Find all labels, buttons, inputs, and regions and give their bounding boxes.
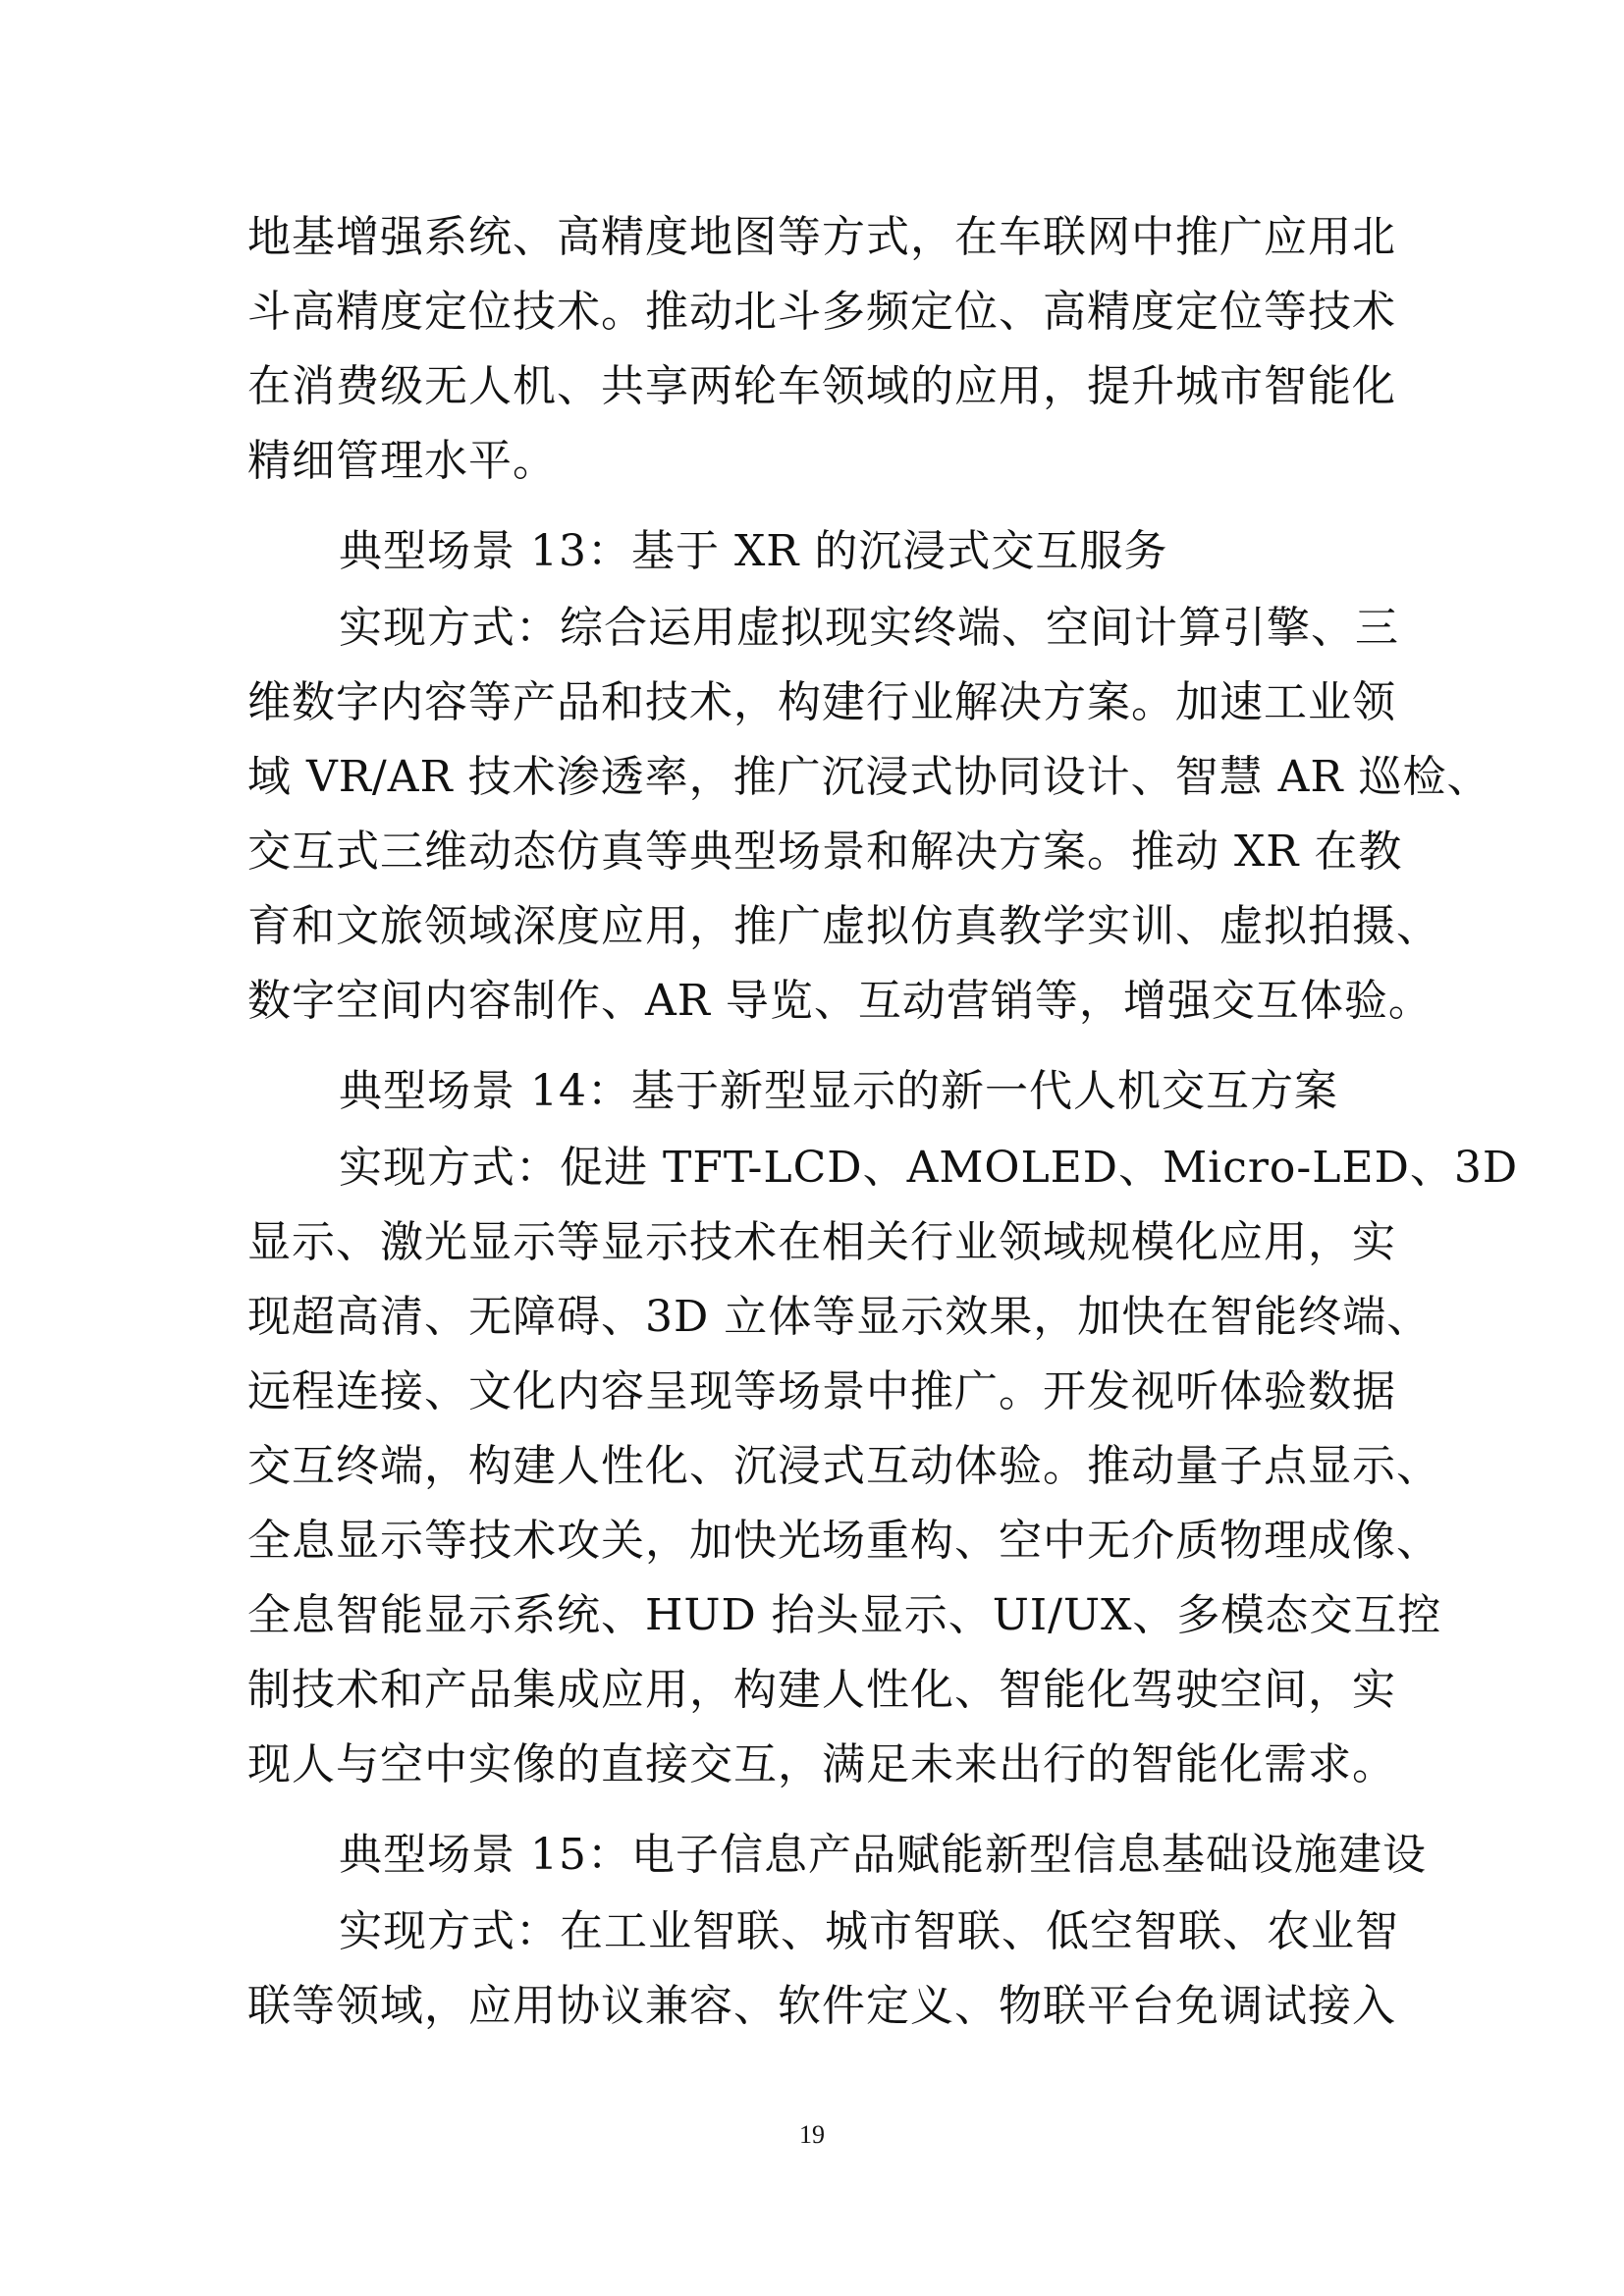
text-line: 制技术和产品集成应用，构建人性化、智能化驾驶空间，实 — [247, 1661, 1381, 1720]
text-line: 交互终端，构建人性化、沉浸式互动体验。推动量子点显示、 — [247, 1437, 1381, 1496]
scenario-15-heading: 典型场景 15：电子信息产品赋能新型信息基础设施建设 — [339, 1826, 1381, 1885]
text-line: 全息显示等技术攻关，加快光场重构、空中无介质物理成像、 — [247, 1512, 1381, 1571]
text-line: 现人与空中实像的直接交互，满足未来出行的智能化需求。 — [247, 1735, 1381, 1794]
text-line: 实现方式：促进 TFT-LCD、AMOLED、Micro-LED、3D — [339, 1139, 1381, 1198]
text-line: 全息智能显示系统、HUD 抬头显示、UI/UX、多模态交互控 — [247, 1586, 1381, 1645]
text-line: 联等领域，应用协议兼容、软件定义、物联平台免调试接入 — [247, 1977, 1381, 2036]
text-line: 精细管理水平。 — [247, 432, 1381, 491]
text-line: 显示、激光显示等显示技术在相关行业领域规模化应用，实 — [247, 1213, 1381, 1272]
text-line: 实现方式：在工业智联、城市智联、低空智联、农业智 — [339, 1902, 1381, 1961]
text-line: 远程连接、文化内容呈现等场景中推广。开发视听体验数据 — [247, 1362, 1381, 1421]
text-line: 域 VR/AR 技术渗透率，推广沉浸式协同设计、智慧 AR 巡检、 — [247, 748, 1381, 807]
text-line: 育和文旅领域深度应用，推广虚拟仿真教学实训、虚拟拍摄、 — [247, 897, 1381, 956]
document-page: 地基增强系统、高精度地图等方式，在车联网中推广应用北 斗高精度定位技术。推动北斗… — [0, 0, 1624, 2296]
scenario-13-heading: 典型场景 13：基于 XR 的沉浸式交互服务 — [339, 522, 1381, 581]
text-line: 现超高清、无障碍、3D 立体等显示效果，加快在智能终端、 — [247, 1288, 1381, 1347]
text-line: 地基增强系统、高精度地图等方式，在车联网中推广应用北 — [247, 208, 1381, 267]
text-line: 交互式三维动态仿真等典型场景和解决方案。推动 XR 在教 — [247, 823, 1381, 881]
text-line: 实现方式：综合运用虚拟现实终端、空间计算引擎、三 — [339, 599, 1381, 658]
text-line: 在消费级无人机、共享两轮车领域的应用，提升城市智能化 — [247, 357, 1381, 416]
text-line: 数字空间内容制作、AR 导览、互动营销等，增强交互体验。 — [247, 972, 1381, 1031]
text-line: 维数字内容等产品和技术，构建行业解决方案。加速工业领 — [247, 673, 1381, 732]
page-number: 19 — [0, 2120, 1624, 2150]
text-line: 斗高精度定位技术。推动北斗多频定位、高精度定位等技术 — [247, 283, 1381, 342]
scenario-14-heading: 典型场景 14：基于新型显示的新一代人机交互方案 — [339, 1062, 1381, 1121]
